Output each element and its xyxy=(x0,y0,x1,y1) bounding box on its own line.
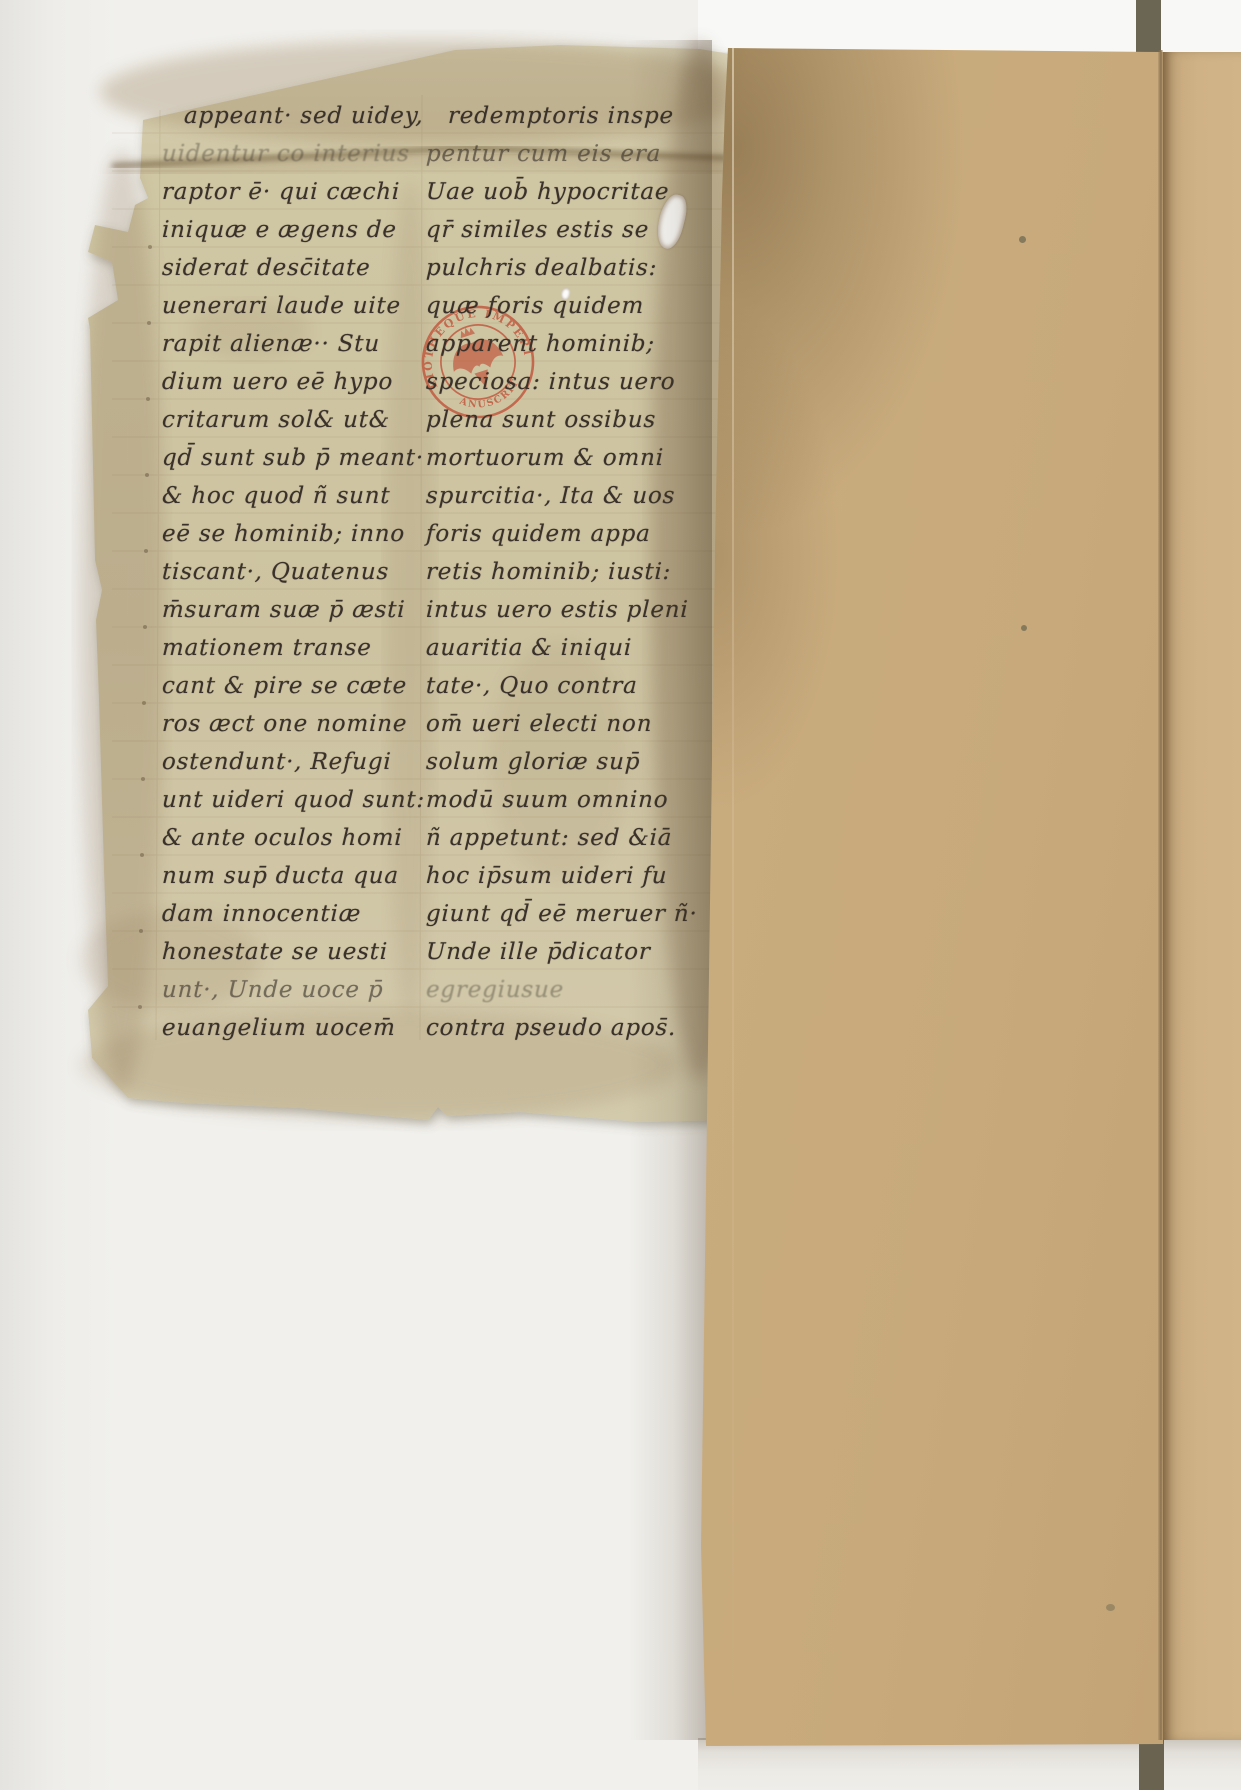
manuscript-line: m̄suram suæ p̄ æsti xyxy=(161,591,438,629)
text-column-left: appeant· sed uidey, uidentur co interius… xyxy=(162,97,438,1047)
manuscript-line: cant & pire se cæte xyxy=(161,667,438,705)
manuscript-line: honestate se uesti xyxy=(161,933,438,971)
manuscript-line: eē se hominib; inno xyxy=(161,515,438,553)
manuscript-line: iniquæ e ægens de xyxy=(161,211,438,249)
manuscript-line: uidentur co interius xyxy=(161,135,438,173)
manuscript-line: raptor ē· qui cæchi xyxy=(161,173,438,211)
manuscript-line: dam innocentiæ xyxy=(161,895,438,933)
manuscript-line: & ante oculos homi xyxy=(161,819,438,857)
manuscript-line: tiscant·, Quatenus xyxy=(161,553,438,591)
paper-speck xyxy=(1106,1604,1115,1611)
manuscript-line: unt·, Unde uoce p̄ xyxy=(161,971,438,1009)
manuscript-line: & hoc quod ñ sunt xyxy=(161,477,438,515)
paper-crease xyxy=(732,46,734,1748)
manuscript-line: unt uideri quod sunt: xyxy=(161,781,438,819)
guard-leaf-shadow xyxy=(628,40,712,1740)
manuscript-line: num sup̄ ducta qua xyxy=(161,857,438,895)
manuscript-line: rapit alienæ·· Stu xyxy=(161,325,438,363)
paper-speck xyxy=(1019,236,1026,243)
guard-leaf-right xyxy=(1163,52,1241,1740)
manuscript-line: euangelium uocem̄ xyxy=(161,1009,438,1047)
manuscript-line: uenerari laude uite xyxy=(161,287,438,325)
manuscript-scan: BIBLIOTHEQUE IMPERIALE MANUSCRITS appean… xyxy=(0,0,1241,1790)
manuscript-line: appeant· sed uidey, xyxy=(161,97,438,135)
manuscript-line: dium uero eē hypo xyxy=(161,363,438,401)
manuscript-line: ros æct one nomine xyxy=(161,705,438,743)
paper-speck xyxy=(1021,625,1027,631)
guard-leaf-left xyxy=(698,46,1163,1748)
manuscript-line: ostendunt·, Refugi xyxy=(161,743,438,781)
manuscript-line: qd̄ sunt sub p̄ meant· xyxy=(161,439,438,477)
manuscript-line: mationem transe xyxy=(161,629,438,667)
manuscript-line: siderat desc̄itate xyxy=(161,249,438,287)
manuscript-line: critarum sol& ut& xyxy=(161,401,438,439)
